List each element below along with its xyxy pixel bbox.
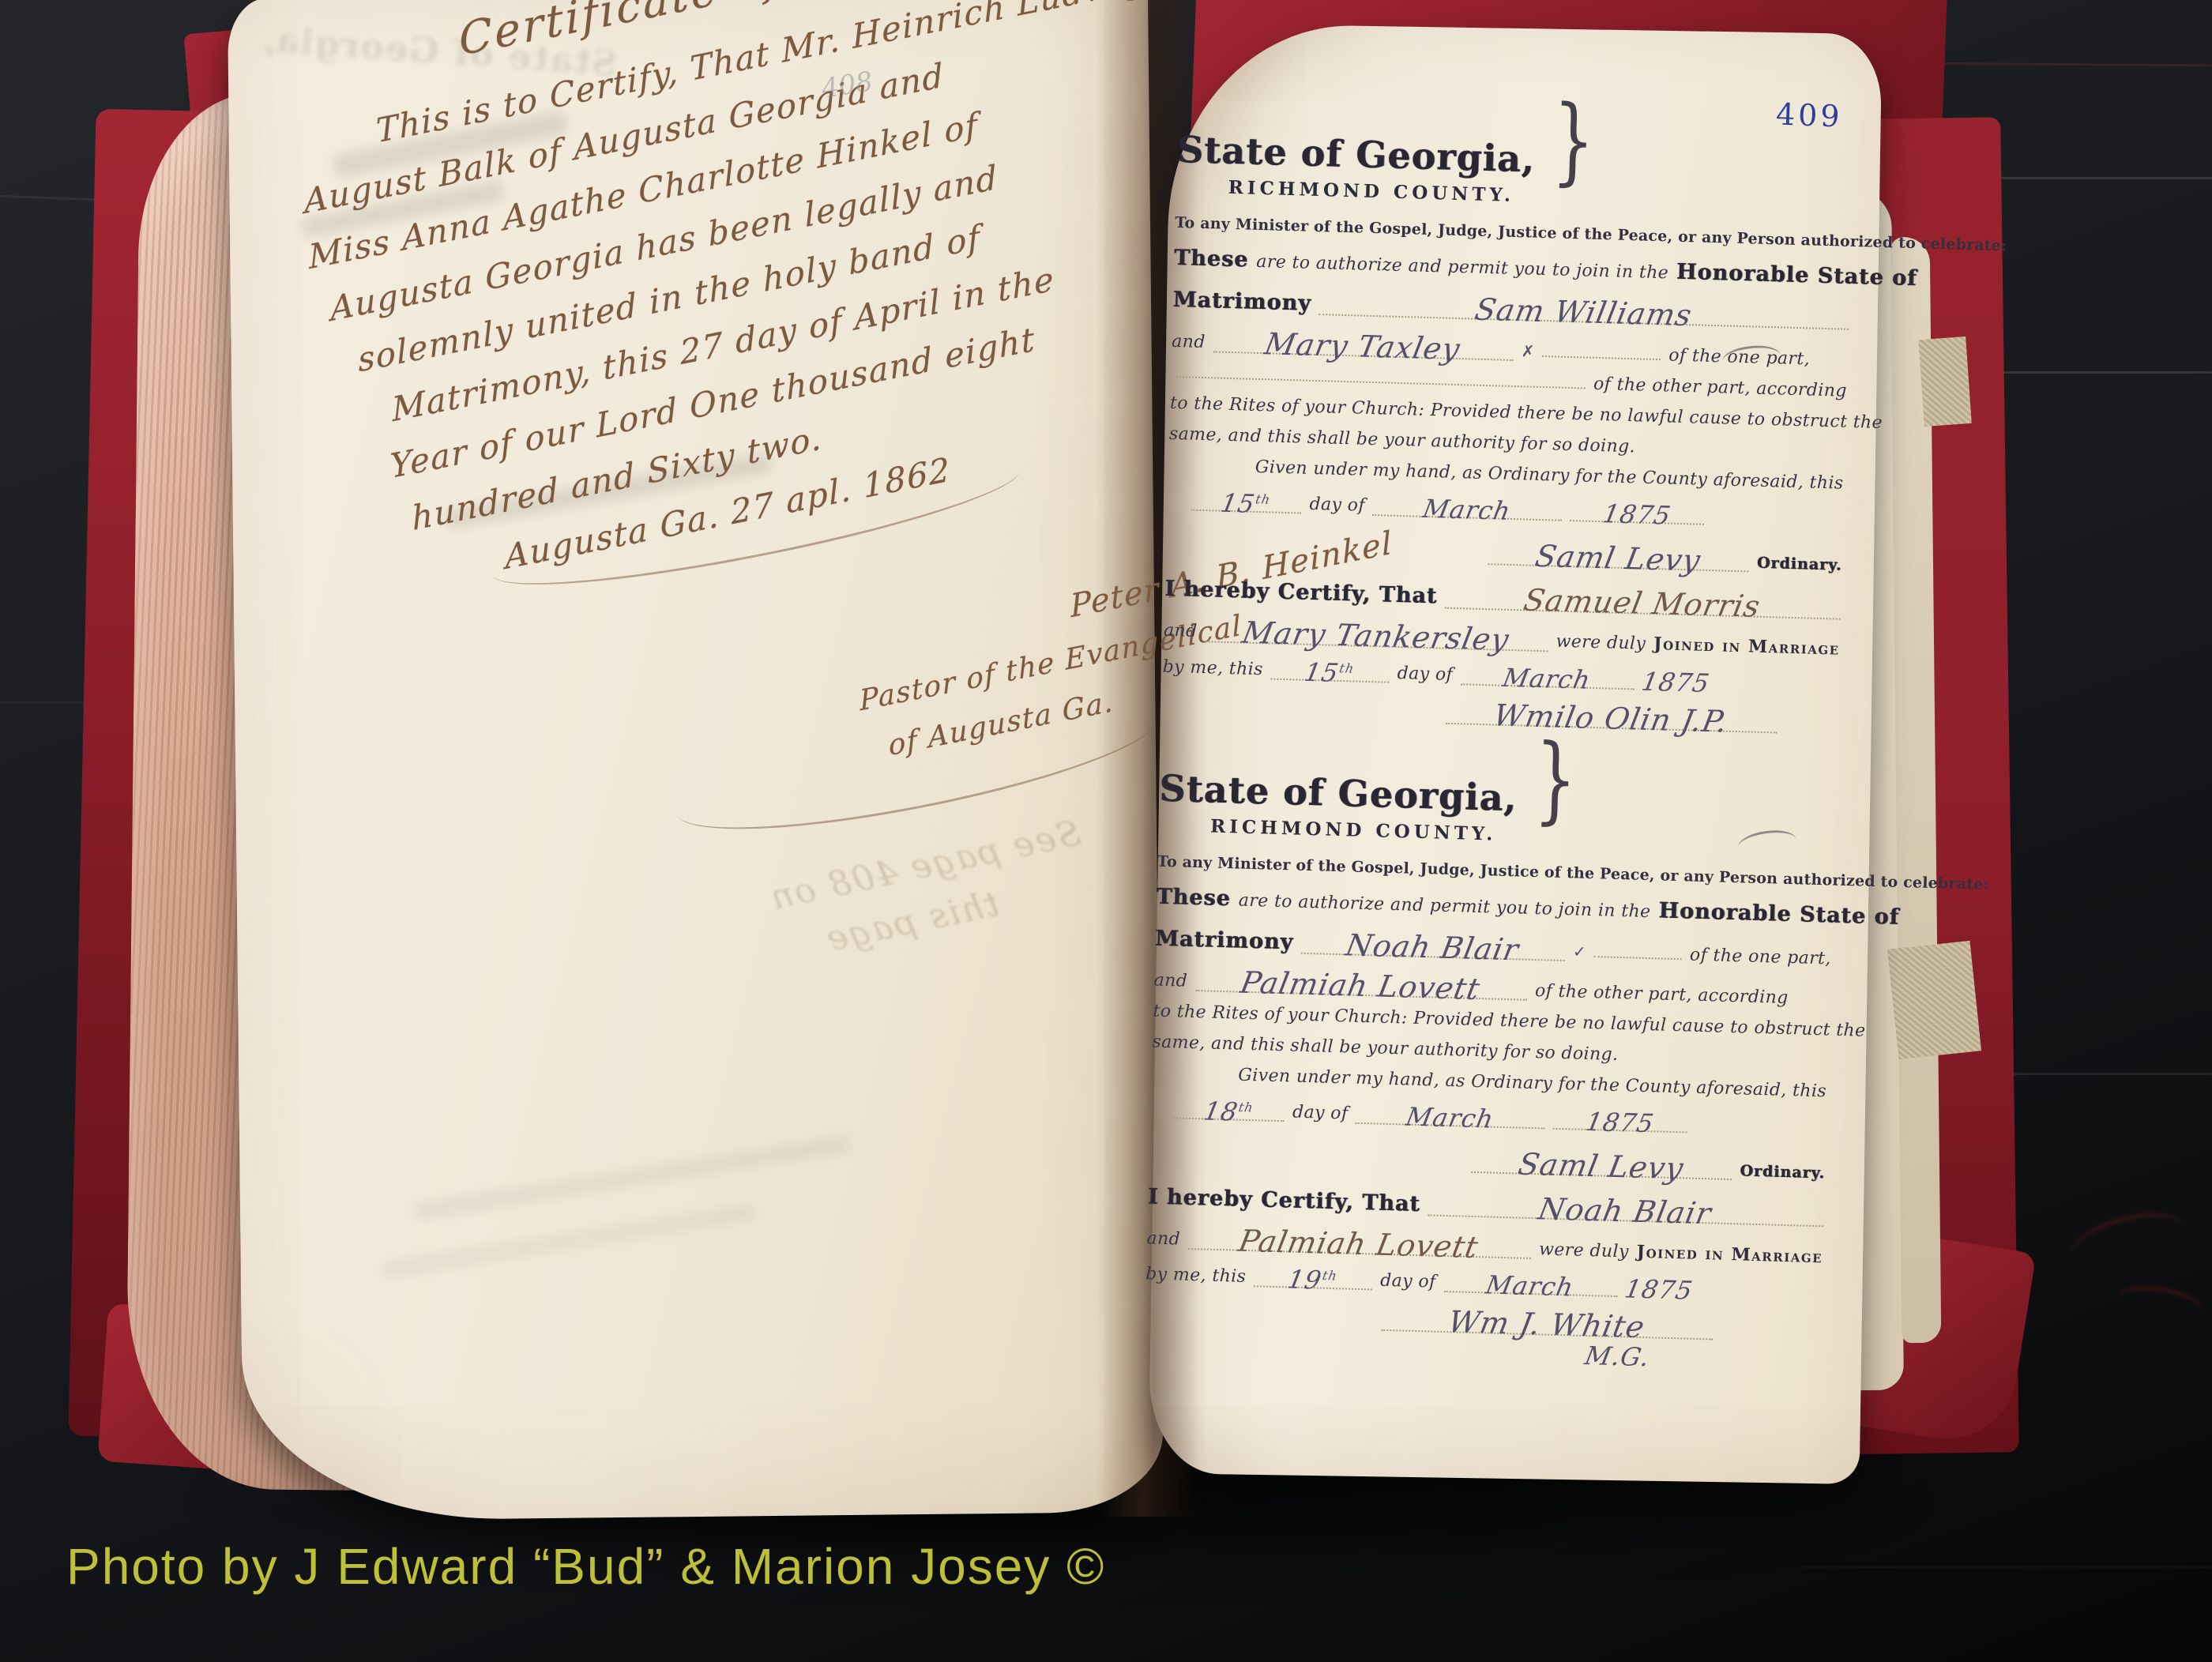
authority-line: same, and this shall be your authority f… (1169, 424, 1636, 457)
day-of-label: day of (1397, 664, 1453, 685)
officiant-signature: Wm J. White (1446, 1309, 1647, 1341)
married-year: 1875 (1639, 670, 1711, 694)
license-month: March (1404, 1106, 1495, 1131)
photo-credit: Photo by J Edward “Bud” & Marion Josey © (66, 1537, 1105, 1596)
marriage-certificate-2: State of Georgia, } RICHMOND COUNTY. To … (1144, 731, 1838, 1368)
joined-lead: were duly (1539, 1239, 1629, 1262)
officiant-title: M.G. (1583, 1344, 1652, 1369)
ordinary-signature-blank: Saml Levy (1488, 536, 1750, 572)
by-me-label: by me, this (1145, 1265, 1247, 1288)
month-blank: March (1373, 491, 1563, 521)
married-groom-blank: Noah Blair (1428, 1188, 1824, 1228)
married-year: 1875 (1623, 1278, 1695, 1303)
authority-line: same, and this shall be your authority f… (1152, 1032, 1619, 1064)
matrimony-word: Matrimony (1172, 288, 1311, 316)
authorize-text: are to authorize and permit you to join … (1256, 252, 1668, 284)
married-bride-name: Palmiah Lovett (1237, 1228, 1481, 1261)
blank-line (1594, 956, 1682, 960)
cover-cloth-corner (1918, 337, 1972, 427)
state-of-georgia-heading: State of Georgia, (1176, 131, 1535, 178)
matrimony-word: Matrimony (1155, 926, 1294, 954)
bride-name-blank: Mary Taxley (1213, 324, 1514, 361)
month-blank: March (1461, 660, 1635, 690)
ordinary-signature-blank: Saml Levy (1471, 1145, 1732, 1180)
given-line: Given under my hand, as Ordinary for the… (1255, 457, 1843, 494)
officiant-signature-blank: Wmilo Olin J.P. (1446, 695, 1778, 733)
ordinary-label: Ordinary. (1757, 555, 1842, 574)
blank-line (1542, 355, 1661, 360)
joined-lead: were duly (1556, 632, 1646, 654)
married-bride-blank: Palmiah Lovett (1188, 1221, 1532, 1259)
license-year: 1875 (1584, 1111, 1656, 1135)
day-suffix: th (1255, 492, 1272, 507)
authorize-text: are to authorize and permit you to join … (1238, 890, 1650, 922)
ordinary-label: Ordinary. (1740, 1162, 1825, 1182)
day-blank: 18th (1174, 1094, 1285, 1122)
one-part-text: of the one part, (1668, 345, 1810, 369)
these-word: These (1174, 246, 1249, 273)
groom-name: Sam Williams (1473, 296, 1694, 329)
groom-name-blank: Noah Blair (1301, 926, 1566, 961)
married-groom-name: Samuel Morris (1522, 587, 1762, 620)
married-month: March (1484, 1274, 1576, 1299)
license-month: March (1421, 498, 1513, 523)
red-smudge (2115, 1280, 2206, 1330)
by-me-label: by me, this (1162, 656, 1263, 679)
day-blank: 15th (1270, 655, 1390, 682)
day-of-label: day of (1380, 1271, 1436, 1292)
and-word: and (1146, 1229, 1180, 1250)
married-day: 15th (1303, 660, 1356, 684)
married-groom-name: Noah Blair (1537, 1195, 1714, 1227)
year-blank: 1875 (1570, 497, 1705, 525)
license-year: 1875 (1601, 502, 1672, 527)
marriage-certificate-1: State of Georgia, } RICHMOND COUNTY. To … (1161, 93, 1855, 735)
ordinary-signature: Saml Levy (1516, 1151, 1686, 1183)
groom-name: Noah Blair (1344, 931, 1522, 963)
background-groove-line (0, 701, 95, 704)
red-smudge (2065, 1203, 2192, 1281)
married-bride-name: Mary Tankersley (1240, 619, 1511, 653)
ordinary-signature: Saml Levy (1533, 543, 1703, 574)
bride-name: Mary Taxley (1262, 330, 1462, 363)
these-word: These (1156, 884, 1231, 911)
state-of-georgia-heading: State of Georgia, (1159, 769, 1518, 816)
day-of-label: day of (1309, 494, 1365, 516)
and-word: and (1153, 970, 1187, 991)
day-suffix: th (1322, 1268, 1339, 1283)
given-line: Given under my hand, as Ordinary for the… (1238, 1066, 1826, 1102)
year-blank: 1875 (1553, 1105, 1688, 1134)
day-blank: 19th (1254, 1263, 1373, 1291)
certify-lead: I hereby Certify, That (1148, 1185, 1421, 1217)
joined-in-marriage-text: Joined in Marriage (1653, 634, 1840, 660)
day-of-label: day of (1292, 1102, 1349, 1123)
and-word: and (1164, 621, 1198, 641)
month-blank: March (1443, 1268, 1618, 1297)
bride-name: Palmiah Lovett (1239, 968, 1483, 1002)
certify-lead: I hereby Certify, That (1164, 577, 1438, 609)
printed-certificates: State of Georgia, } RICHMOND COUNTY. To … (1143, 93, 1854, 1380)
joined-in-marriage-text: Joined in Marriage (1636, 1242, 1823, 1268)
ink-mark: ✓ (1573, 942, 1586, 961)
brace-glyph: } (1533, 739, 1578, 821)
other-part-text: of the other part, according (1593, 374, 1847, 401)
married-month: March (1501, 666, 1593, 691)
license-day: 18th (1202, 1100, 1255, 1123)
month-blank: March (1356, 1100, 1546, 1130)
day-blank: 15th (1191, 487, 1302, 514)
other-part-text: of the other part, according (1535, 981, 1789, 1008)
day-suffix: th (1338, 660, 1356, 675)
married-day: 19th (1286, 1269, 1339, 1292)
license-day: 15th (1219, 492, 1272, 516)
married-groom-blank: Samuel Morris (1445, 580, 1841, 619)
blank-line (1171, 376, 1586, 389)
groom-name-blank: Sam Williams (1319, 287, 1849, 330)
address-line: To any Minister of the Gospel, Judge, Ju… (1175, 214, 1851, 250)
officiant-signature: Wmilo Olin J.P. (1492, 701, 1730, 735)
address-line: To any Minister of the Gospel, Judge, Ju… (1157, 852, 1834, 889)
bride-name-blank: Palmiah Lovett (1195, 963, 1528, 1001)
one-part-text: of the one part, (1690, 945, 1831, 968)
brace-glyph: } (1552, 100, 1596, 182)
cover-cloth-corner (1887, 941, 1981, 1059)
and-word: and (1172, 332, 1206, 352)
ink-mark: ✗ (1521, 341, 1534, 360)
officiant-signature-blank: Wm J. White (1381, 1302, 1714, 1340)
married-bride-blank: Mary Tankersley (1205, 614, 1548, 652)
day-suffix: th (1237, 1100, 1255, 1115)
photo-of-marriage-record-book: State of Georgia, Certificate of Marriag… (0, 0, 2212, 1662)
